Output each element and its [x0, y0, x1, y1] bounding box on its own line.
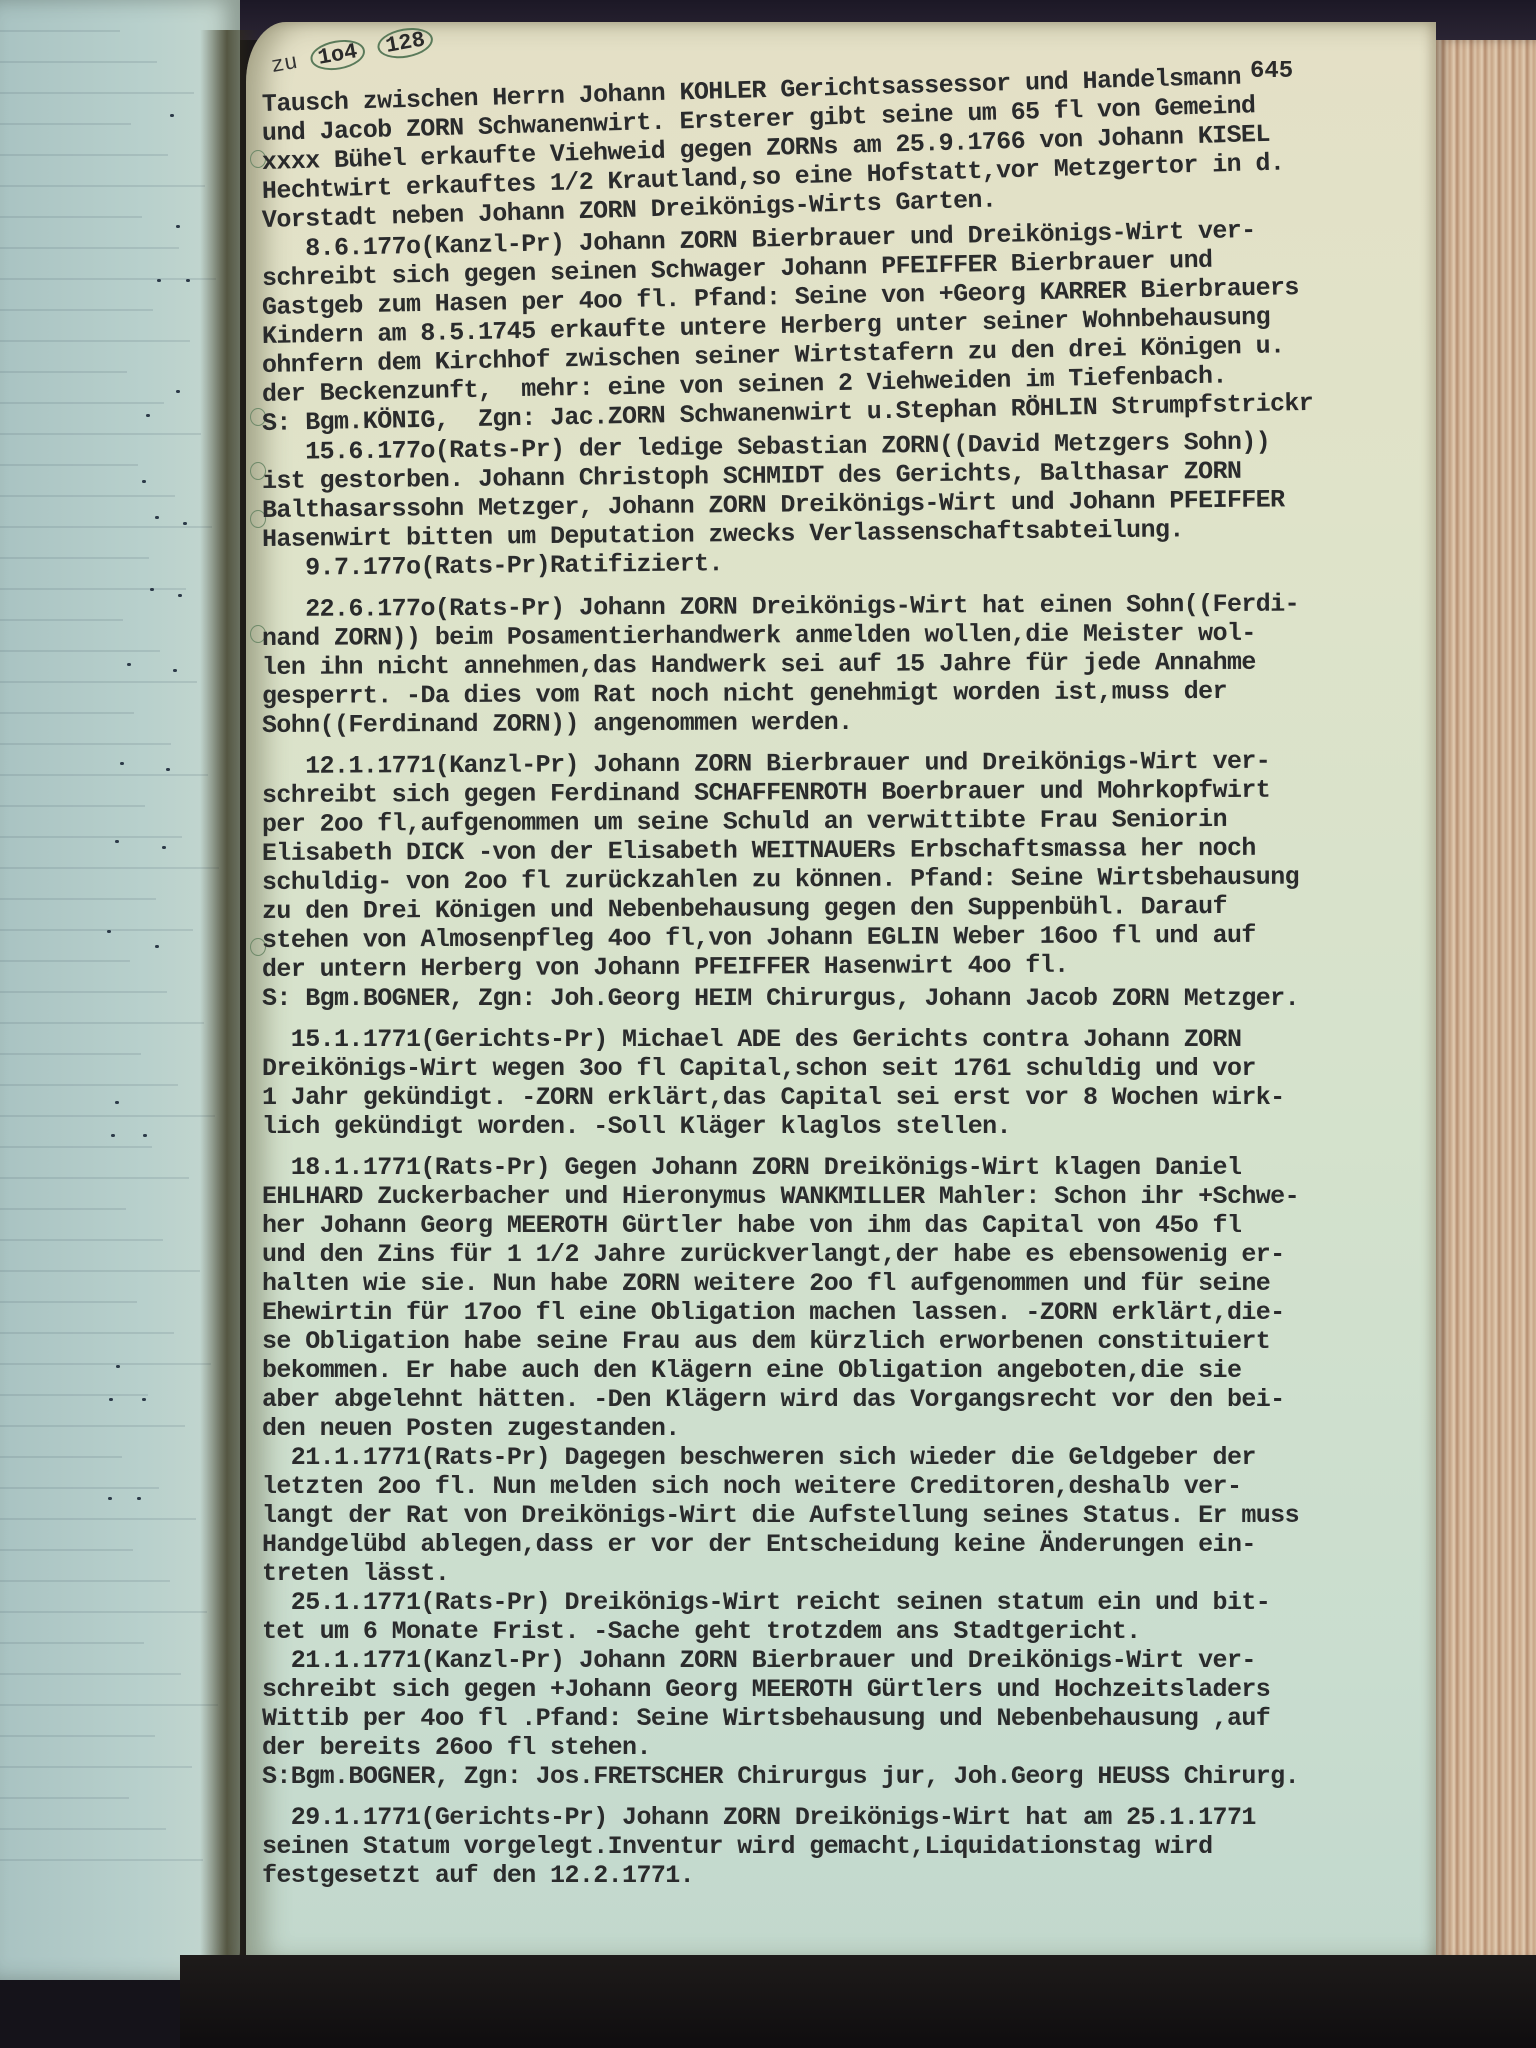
bleed-through-line	[0, 960, 130, 962]
document-entry: Tausch zwischen Herrn Johann KOHLER Geri…	[262, 90, 1462, 235]
bleed-through-dot	[170, 114, 174, 117]
bleed-through-line	[0, 464, 138, 466]
typed-text-body: Tausch zwischen Herrn Johann KOHLER Geri…	[262, 90, 1462, 1890]
bleed-through-line	[0, 1487, 159, 1489]
bleed-through-line	[0, 929, 193, 931]
text-line: Handgelübd ablegen,dass er vor der Entsc…	[262, 1530, 1462, 1559]
document-entry: 22.6.177o(Rats-Pr) Johann ZORN Dreikönig…	[262, 595, 1462, 740]
bleed-through-dot	[107, 930, 111, 933]
bleed-through-line	[0, 154, 168, 156]
document-entry: 8.6.177o(Kanzl-Pr) Johann ZORN Bierbraue…	[262, 235, 1462, 438]
text-line: se Obligation habe seine Frau aus dem kü…	[262, 1327, 1462, 1356]
text-line: her Johann Georg MEEROTH Gürtler habe vo…	[262, 1211, 1462, 1240]
bleed-through-line	[0, 1363, 211, 1365]
table-surface	[180, 1955, 1536, 2048]
bleed-through-line	[0, 278, 216, 280]
text-line: lich gekündigt worden. -Soll Kläger klag…	[262, 1112, 1462, 1141]
bleed-through-line	[0, 1084, 178, 1086]
text-line: 25.1.1771(Rats-Pr) Dreikönigs-Wirt reich…	[262, 1588, 1462, 1617]
bleed-through-line	[0, 1425, 185, 1427]
bleed-through-dot	[176, 390, 180, 393]
document-entry: 12.1.1771(Kanzl-Pr) Johann ZORN Bierbrau…	[262, 752, 1462, 1013]
bleed-through-line	[0, 743, 171, 745]
document-entry: 15.6.177o(Rats-Pr) der ledige Sebastian …	[262, 438, 1462, 583]
bleed-through-line	[0, 1208, 126, 1210]
text-line: festgesetzt auf den 12.2.1771.	[262, 1861, 1462, 1890]
text-line: 1 Jahr gekündigt. -ZORN erklärt,das Capi…	[262, 1083, 1462, 1112]
document-entry: 21.1.1771(Rats-Pr) Dagegen beschweren si…	[262, 1443, 1462, 1588]
text-line: 15.1.1771(Gerichts-Pr) Michael ADE des G…	[262, 1025, 1462, 1054]
bleed-through-line	[0, 1239, 163, 1241]
text-line: seinen Statum vorgelegt.Inventur wird ge…	[262, 1832, 1462, 1861]
bleed-through-line	[0, 991, 167, 993]
ref-prefix: zu	[269, 50, 299, 79]
text-line: bekommen. Er habe auch den Klägern eine …	[262, 1356, 1462, 1385]
bleed-through-line	[0, 340, 190, 342]
bleed-through-line	[0, 30, 120, 32]
bleed-through-line	[0, 619, 123, 621]
bleed-through-line	[0, 867, 219, 869]
text-line: 21.1.1771(Kanzl-Pr) Johann ZORN Bierbrau…	[262, 1646, 1462, 1675]
bleed-through-dot	[115, 1101, 119, 1104]
bleed-through-line	[0, 1053, 141, 1055]
bleed-through-line	[0, 402, 164, 404]
bleed-through-line	[0, 1549, 133, 1551]
bleed-through-line	[0, 495, 175, 497]
bleed-through-dot	[166, 768, 170, 771]
bleed-through-dot	[120, 762, 124, 765]
bleed-through-line	[0, 92, 194, 94]
bleed-through-line	[0, 681, 197, 683]
bleed-through-line	[0, 898, 156, 900]
text-line: der untern Herberg von Johann PFEIFFER H…	[262, 949, 1462, 984]
document-entry: 21.1.1771(Kanzl-Pr) Johann ZORN Bierbrau…	[262, 1646, 1462, 1791]
text-line: tet um 6 Monate Frist. -Sache geht trotz…	[262, 1617, 1462, 1646]
bleed-through-dot	[109, 1398, 113, 1401]
bleed-through-line	[0, 1673, 181, 1675]
bleed-through-line	[0, 1580, 170, 1582]
bleed-through-dot	[116, 1365, 120, 1368]
bleed-through-line	[0, 309, 153, 311]
bleed-through-line	[0, 1394, 148, 1396]
bleed-through-line	[0, 1859, 203, 1861]
bleed-through-line	[0, 123, 131, 125]
bleed-through-line	[0, 1456, 122, 1458]
text-line: Dreikönigs-Wirt wegen 3oo fl Capital,sch…	[262, 1054, 1462, 1083]
bleed-through-dot	[146, 414, 150, 417]
text-line: 21.1.1771(Rats-Pr) Dagegen beschweren si…	[262, 1443, 1462, 1472]
bleed-through-line	[0, 774, 208, 776]
bleed-through-line	[0, 1146, 152, 1148]
text-line: schreibt sich gegen +Johann Georg MEEROT…	[262, 1675, 1462, 1704]
bleed-through-line	[0, 1177, 189, 1179]
bleed-through-line	[0, 1797, 129, 1799]
document-entry: 29.1.1771(Gerichts-Pr) Johann ZORN Dreik…	[262, 1803, 1462, 1890]
bleed-through-line	[0, 1301, 137, 1303]
bleed-through-line	[0, 1332, 174, 1334]
bleed-through-dot	[157, 279, 161, 282]
bleed-through-line	[0, 557, 149, 559]
bleed-through-dot	[127, 663, 131, 666]
bleed-through-line	[0, 1735, 155, 1737]
text-line: halten wie sie. Nun habe ZORN weitere 2o…	[262, 1269, 1462, 1298]
bleed-through-line	[0, 247, 179, 249]
bleed-through-line	[0, 650, 160, 652]
bleed-through-line	[0, 1115, 215, 1117]
text-line: langt der Rat von Dreikönigs-Wirt die Au…	[262, 1501, 1462, 1530]
bleed-through-line	[0, 1611, 207, 1613]
bleed-through-line	[0, 588, 186, 590]
bleed-through-dot	[162, 846, 166, 849]
bleed-through-dot	[108, 1497, 112, 1500]
bleed-through-dot	[183, 522, 187, 525]
text-line: Wittib per 4oo fl .Pfand: Seine Wirtsbeh…	[262, 1704, 1462, 1733]
text-line: 29.1.1771(Gerichts-Pr) Johann ZORN Dreik…	[262, 1803, 1462, 1832]
bleed-through-dot	[178, 594, 182, 597]
text-line: EHLHARD Zuckerbacher und Hieronymus WANK…	[262, 1182, 1462, 1211]
bleed-through-line	[0, 526, 212, 528]
bleed-through-dot	[143, 1134, 147, 1137]
bleed-through-dot	[111, 1134, 115, 1137]
bleed-through-dot	[155, 516, 159, 519]
bleed-through-line	[0, 1270, 200, 1272]
text-line: den neuen Posten zugestanden.	[262, 1414, 1462, 1443]
bleed-through-line	[0, 371, 127, 373]
text-line: letzten 2oo fl. Nun melden sich noch wei…	[262, 1472, 1462, 1501]
bleed-through-line	[0, 185, 205, 187]
document-entry: 25.1.1771(Rats-Pr) Dreikönigs-Wirt reich…	[262, 1588, 1462, 1646]
bleed-through-line	[0, 61, 157, 63]
bleed-through-line	[0, 1766, 192, 1768]
bleed-through-line	[0, 216, 142, 218]
text-line: 18.1.1771(Rats-Pr) Gegen Johann ZORN Dre…	[262, 1153, 1462, 1182]
document-entry: 18.1.1771(Rats-Pr) Gegen Johann ZORN Dre…	[262, 1153, 1462, 1443]
bleed-through-dot	[137, 1497, 141, 1500]
text-line: der bereits 26oo fl stehen.	[262, 1733, 1462, 1762]
bleed-through-dot	[173, 669, 177, 672]
bleed-through-dot	[115, 840, 119, 843]
text-line: treten lässt.	[262, 1559, 1462, 1588]
bleed-through-line	[0, 1828, 166, 1830]
text-line: S: Bgm.BOGNER, Zgn: Joh.Georg HEIM Chiru…	[262, 984, 1462, 1013]
bleed-through-dot	[186, 279, 190, 282]
bleed-through-line	[0, 805, 145, 807]
text-line: Ehewirtin für 17oo fl eine Obligation ma…	[262, 1298, 1462, 1327]
bleed-through-dot	[176, 225, 180, 228]
bleed-through-line	[0, 712, 134, 714]
bleed-through-dot	[150, 588, 154, 591]
bleed-through-line	[0, 1642, 144, 1644]
text-line: Sohn((Ferdinand ZORN)) angenommen werden…	[262, 705, 1462, 740]
bleed-through-line	[0, 836, 182, 838]
bleed-through-line	[0, 1704, 218, 1706]
bleed-through-line	[0, 1022, 204, 1024]
document-entry: 15.1.1771(Gerichts-Pr) Michael ADE des G…	[262, 1025, 1462, 1141]
text-line: und den Zins für 1 1/2 Jahre zurückverla…	[262, 1240, 1462, 1269]
bleed-through-dot	[142, 480, 146, 483]
bleed-through-dot	[142, 1398, 146, 1401]
text-line: aber abgelehnt hätten. -Den Klägern wird…	[262, 1385, 1462, 1414]
bleed-through-line	[0, 433, 201, 435]
text-line: S:Bgm.BOGNER, Zgn: Jos.FRETSCHER Chirurg…	[262, 1762, 1462, 1791]
bleed-through-line	[0, 1518, 196, 1520]
bleed-through-dot	[155, 945, 159, 948]
